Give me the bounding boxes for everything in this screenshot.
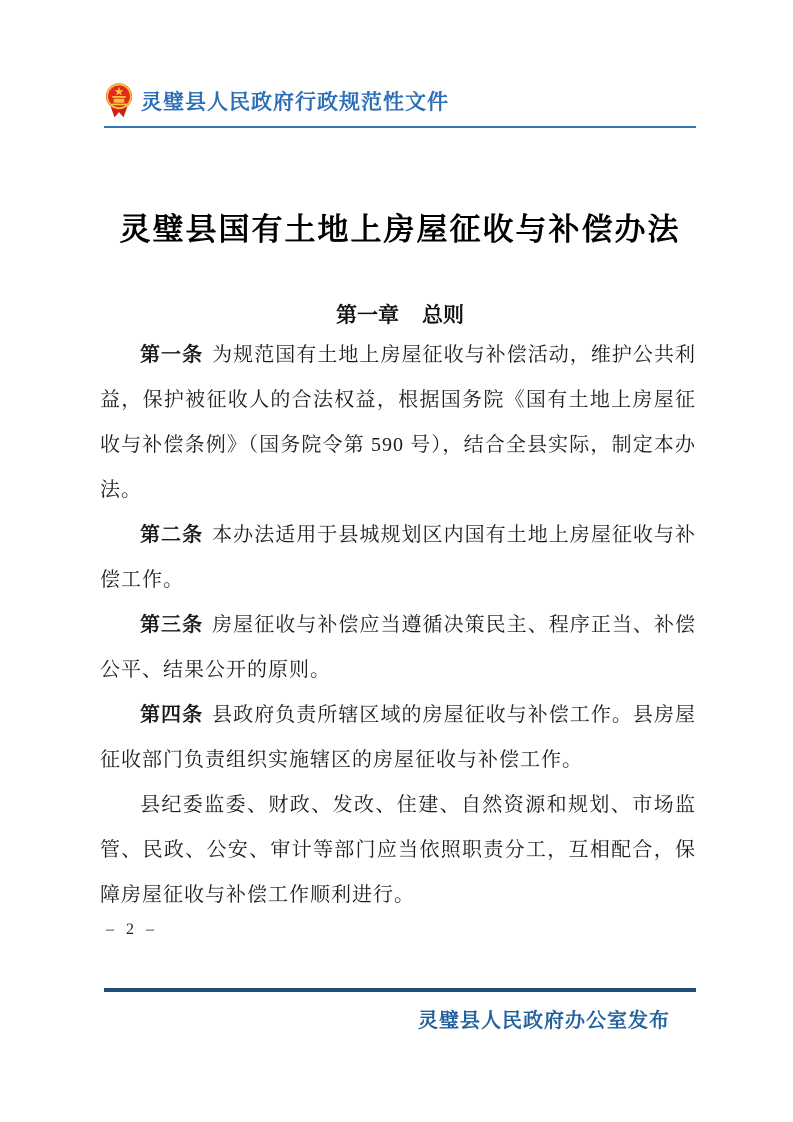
footer-publisher: 灵璧县人民政府办公室发布 — [104, 1004, 670, 1033]
chapter-label: 第一章 — [336, 303, 399, 327]
paragraph-article-3: 第三条房屋征收与补偿应当遵循决策民主、程序正当、补偿公平、结果公开的原则。 — [100, 603, 696, 693]
article-2-label: 第二条 — [140, 524, 203, 546]
chapter-title: 总则 — [422, 303, 464, 327]
paragraph-departments: 县纪委监委、财政、发改、住建、自然资源和规划、市场监管、民政、公安、审计等部门应… — [100, 783, 696, 918]
national-emblem-icon — [104, 82, 134, 119]
article-3-label: 第三条 — [140, 614, 203, 636]
chapter-heading: 第一章总则 — [104, 299, 696, 329]
paragraph-article-1: 第一条为规范国有土地上房屋征收与补偿活动，维护公共利益，保护被征收人的合法权益，… — [100, 333, 696, 513]
paragraph-departments-text: 县纪委监委、财政、发改、住建、自然资源和规划、市场监管、民政、公安、审计等部门应… — [100, 794, 696, 906]
footer-divider — [104, 988, 696, 992]
paragraph-article-2: 第二条本办法适用于县城规划区内国有土地上房屋征收与补偿工作。 — [100, 513, 696, 603]
paragraph-article-4: 第四条县政府负责所辖区域的房屋征收与补偿工作。县房屋征收部门负责组织实施辖区的房… — [100, 693, 696, 783]
header-title: 灵璧县人民政府行政规范性文件 — [141, 86, 449, 116]
header-divider — [104, 126, 696, 128]
page-header: 灵璧县人民政府行政规范性文件 — [104, 82, 696, 119]
document-body: 第一条为规范国有土地上房屋征收与补偿活动，维护公共利益，保护被征收人的合法权益，… — [100, 333, 696, 918]
document-page: 灵璧县人民政府行政规范性文件 灵璧县国有土地上房屋征收与补偿办法 第一章总则 第… — [0, 0, 793, 1122]
article-1-text: 为规范国有土地上房屋征收与补偿活动，维护公共利益，保护被征收人的合法权益，根据国… — [100, 344, 696, 501]
article-1-label: 第一条 — [140, 344, 203, 366]
article-4-label: 第四条 — [140, 704, 203, 726]
document-title: 灵璧县国有土地上房屋征收与补偿办法 — [104, 204, 696, 249]
page-number: – 2 – — [106, 921, 158, 939]
